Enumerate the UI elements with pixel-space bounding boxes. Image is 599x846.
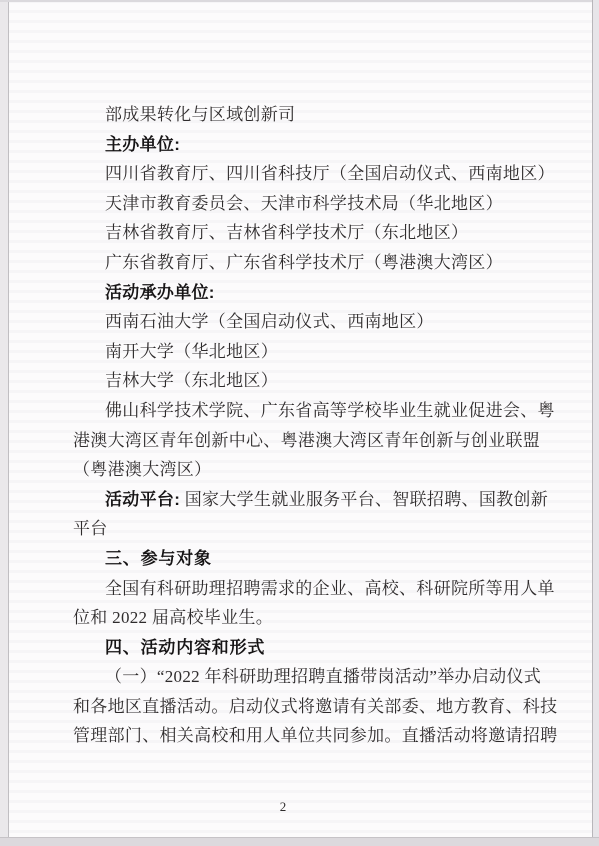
document-line: （粤港澳大湾区） <box>73 455 557 485</box>
text-run: 位和 2022 届高校毕业生。 <box>73 608 273 627</box>
document-line: 平台 <box>73 514 557 544</box>
page-number: 2 <box>73 798 493 816</box>
field-label: 活动平台: <box>105 490 180 509</box>
document-line: 位和 2022 届高校毕业生。 <box>73 603 557 633</box>
document-line: 天津市教育委员会、天津市科学技术局（华北地区） <box>73 189 557 219</box>
field-label: 主办单位: <box>105 135 180 154</box>
document-line: 和各地区直播活动。启动仪式将邀请有关部委、地方教育、科技 <box>73 692 557 722</box>
document-line: 吉林省教育厅、吉林省科学技术厅（东北地区） <box>73 218 557 248</box>
text-run: 广东省教育厅、广东省科学技术厅（粤港澳大湾区） <box>105 253 503 272</box>
text-run: 四川省教育厅、四川省科技厅（全国启动仪式、西南地区） <box>105 164 555 183</box>
scan-edge-right <box>592 0 599 846</box>
text-run: 西南石油大学（全国启动仪式、西南地区） <box>105 312 434 331</box>
scan-edge-left <box>0 0 9 846</box>
document-line: 三、参与对象 <box>73 544 557 574</box>
text-run: 部成果转化与区域创新司 <box>105 105 295 124</box>
document-line: 西南石油大学（全国启动仪式、西南地区） <box>73 307 557 337</box>
document-line: 管理部门、相关高校和用人单位共同参加。直播活动将邀请招聘 <box>73 721 557 751</box>
text-run: 吉林大学（东北地区） <box>105 371 278 390</box>
document-line: 四、活动内容和形式 <box>73 633 557 663</box>
document-line: 四川省教育厅、四川省科技厅（全国启动仪式、西南地区） <box>73 159 557 189</box>
scanned-document-page: 部成果转化与区域创新司主办单位:四川省教育厅、四川省科技厅（全国启动仪式、西南地… <box>0 0 599 846</box>
document-line: （一）“2022 年科研助理招聘直播带岗活动”举办启动仪式 <box>73 662 557 692</box>
text-run: 天津市教育委员会、天津市科学技术局（华北地区） <box>105 194 503 213</box>
document-line: 主办单位: <box>73 130 557 160</box>
document-line: 港澳大湾区青年创新中心、粤港澳大湾区青年创新与创业联盟 <box>73 426 557 456</box>
scan-edge-top <box>0 0 599 2</box>
scan-edge-bottom <box>0 837 599 846</box>
text-run: 吉林省教育厅、吉林省科学技术厅（东北地区） <box>105 223 468 242</box>
text-run: 港澳大湾区青年创新中心、粤港澳大湾区青年创新与创业联盟 <box>73 431 540 450</box>
text-run: 平台 <box>73 519 108 538</box>
text-run: （粤港澳大湾区） <box>73 460 211 479</box>
text-run: 全国有科研助理招聘需求的企业、高校、科研院所等用人单 <box>105 579 555 598</box>
document-line: 活动平台: 国家大学生就业服务平台、智联招聘、国教创新 <box>73 485 557 515</box>
section-heading: 三、参与对象 <box>105 549 212 568</box>
text-run: 佛山科学技术学院、广东省高等学校毕业生就业促进会、粤 <box>105 401 555 420</box>
document-line: 佛山科学技术学院、广东省高等学校毕业生就业促进会、粤 <box>73 396 557 426</box>
document-line: 全国有科研助理招聘需求的企业、高校、科研院所等用人单 <box>73 574 557 604</box>
text-run: 管理部门、相关高校和用人单位共同参加。直播活动将邀请招聘 <box>73 726 557 745</box>
text-run: 南开大学（华北地区） <box>105 342 278 361</box>
document-line: 活动承办单位: <box>73 278 557 308</box>
text-run: （一）“2022 年科研助理招聘直播带岗活动”举办启动仪式 <box>105 667 541 686</box>
document-line: 广东省教育厅、广东省科学技术厅（粤港澳大湾区） <box>73 248 557 278</box>
text-run: 国家大学生就业服务平台、智联招聘、国教创新 <box>180 490 548 509</box>
field-label: 活动承办单位: <box>105 283 215 302</box>
document-line: 南开大学（华北地区） <box>73 337 557 367</box>
section-heading: 四、活动内容和形式 <box>105 638 265 657</box>
document-line: 吉林大学（东北地区） <box>73 366 557 396</box>
document-line: 部成果转化与区域创新司 <box>73 100 557 130</box>
document-body: 部成果转化与区域创新司主办单位:四川省教育厅、四川省科技厅（全国启动仪式、西南地… <box>73 100 557 751</box>
scanned-page-background: { "colors": { "paper": "#fcfbfc", "outer… <box>0 0 599 846</box>
text-run: 和各地区直播活动。启动仪式将邀请有关部委、地方教育、科技 <box>73 697 557 716</box>
